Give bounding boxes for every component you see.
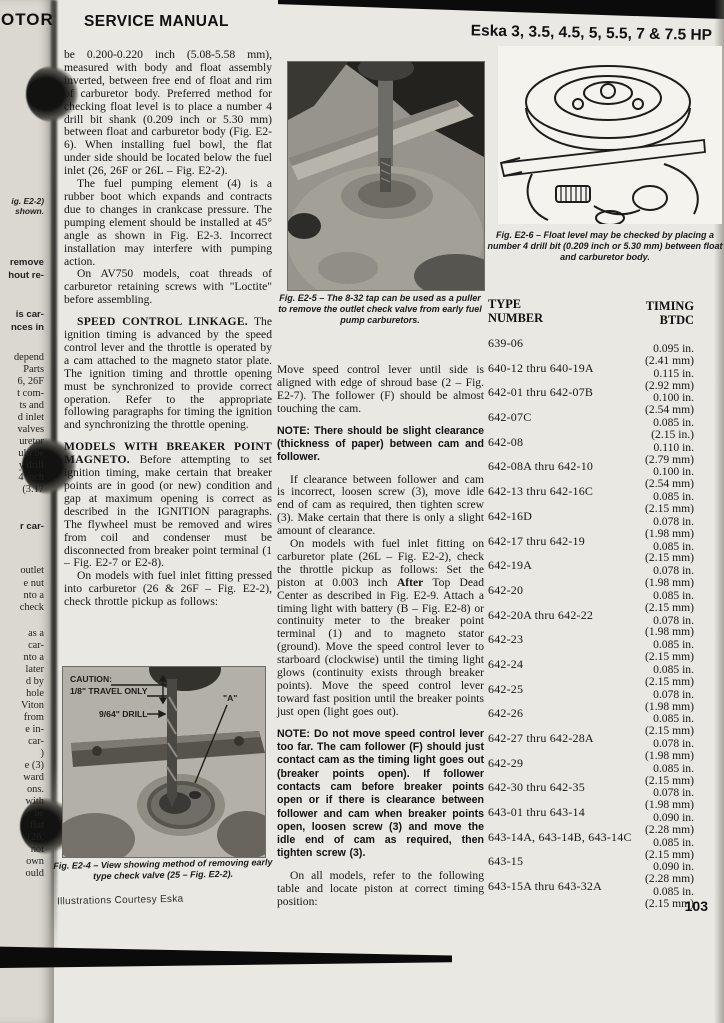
figure-e2-6-caption: Fig. E2-6 – Float level may be checked b… <box>486 230 724 262</box>
margin-text-fragment: ig. E2-2) <box>11 196 44 206</box>
note-paragraph: NOTE: There should be slight clearance (… <box>277 425 484 465</box>
margin-text-fragment: d by <box>26 676 44 687</box>
table-row: 642-17 thru 642-190.085 in.(2.15 mm) <box>488 533 718 558</box>
margin-text-fragment: car- <box>28 640 44 651</box>
body-paragraph: The fuel pumping element (4) is a rubber… <box>64 178 272 268</box>
type-number-cell: 642-13 thru 642-16C <box>488 484 593 499</box>
margin-text-fragment: ould <box>26 868 44 879</box>
body-paragraph: On models with fuel inlet fitting presse… <box>64 570 272 609</box>
table-row: 642-240.085 in.(2.15 mm) <box>488 656 718 681</box>
table-row: 642-290.085 in.(2.15 mm) <box>488 755 718 780</box>
timing-inch-value: 0.115 in. <box>645 368 694 380</box>
margin-text-fragment: ward <box>23 772 44 783</box>
figure-e2-6-drawing <box>498 46 722 224</box>
photo-label-a: "A" <box>223 693 237 703</box>
table-row: 642-19A0.078 in.(1.98 mm) <box>488 557 718 582</box>
illustrations-courtesy-note: Illustrations Courtesy Eska <box>57 894 184 908</box>
photo-label-caution: CAUTION: <box>70 674 112 684</box>
margin-text-fragment: with <box>26 796 44 807</box>
type-number-cell: 639-06 <box>488 336 523 351</box>
margin-text-fragment: shown. <box>15 206 44 216</box>
table-row: 642-01 thru 642-07B0.100 in.(2.54 mm) <box>488 384 718 409</box>
margin-text-fragment: 4 inch <box>18 472 44 483</box>
type-number-cell: 643-01 thru 643-14 <box>488 805 585 820</box>
margin-text-fragment: is car- <box>16 309 44 320</box>
section-heading: SPEED CONTROL LINKAGE. <box>77 315 248 328</box>
column-middle: Move speed control lever until side is a… <box>277 364 484 908</box>
type-number-cell: 642-08A thru 642-10 <box>488 459 593 474</box>
check-valve-removal-photo: CAUTION: 1/8" TRAVEL ONLY 9/64" DRILL "A… <box>63 667 265 857</box>
margin-text-fragment: outlet <box>20 565 44 576</box>
margin-text-fragment: ) <box>41 748 44 759</box>
type-number-cell: 642-20A thru 642-22 <box>488 608 593 623</box>
timing-table-rows: 639-060.095 in.(2.41 mm)640-12 thru 640-… <box>488 335 718 903</box>
table-row: 642-080.110 in.(2.79 mm) <box>488 434 718 459</box>
body-paragraph: Move speed control lever until side is a… <box>277 364 484 416</box>
photo-label-drill: 9/64" DRILL <box>99 709 148 719</box>
table-row: 642-08A thru 642-100.100 in.(2.54 mm) <box>488 458 718 483</box>
margin-text-fragment: nto a <box>24 652 45 663</box>
margin-text-fragment: uld be <box>18 448 44 459</box>
type-number-cell: 643-15A thru 643-32A <box>488 879 602 894</box>
scan-edge-top <box>278 0 724 19</box>
timing-inch-value: 0.085 in. <box>645 837 694 849</box>
table-row: 642-260.085 in.(2.15 mm) <box>488 705 718 730</box>
table-row: 643-150.090 in.(2.28 mm) <box>488 853 718 878</box>
table-row: 642-13 thru 642-16C0.085 in.(2.15 mm) <box>488 483 718 508</box>
table-row: 642-16D0.078 in.(1.98 mm) <box>488 508 718 533</box>
col-header-type: TYPE <box>488 297 521 311</box>
type-number-cell: 642-19A <box>488 558 532 573</box>
timing-inch-value: 0.110 in. <box>645 442 694 454</box>
margin-text-fragment: remove <box>10 257 44 268</box>
col-header-timing: TIMING <box>646 299 694 313</box>
body-paragraph: On all models, refer to the following ta… <box>277 870 484 909</box>
type-number-cell: 640-12 thru 640-19A <box>488 361 594 376</box>
margin-text-fragment: ons. <box>27 784 44 795</box>
margin-text-fragment: as a <box>28 628 44 639</box>
col-header-btdc: BTDC <box>660 313 694 327</box>
note-paragraph: NOTE: Do not move speed control lever to… <box>277 728 484 861</box>
margin-text-fragment: y drill <box>19 460 44 471</box>
table-row: 643-01 thru 643-140.090 in.(2.28 mm) <box>488 804 718 829</box>
margin-text-fragment: t com- <box>17 388 44 399</box>
body-paragraph: be 0.200-0.220 inch (5.08-5.58 mm), meas… <box>64 49 272 178</box>
table-row: 642-200.085 in.(2.15 mm) <box>488 582 718 607</box>
body-paragraph: MODELS WITH BREAKER POINT MAGNETO. Befor… <box>64 441 272 570</box>
left-margin-fragments: ig. E2-2)shown.removehout re-is car-nces… <box>0 0 48 1023</box>
photo-label-travel: 1/8" TRAVEL ONLY <box>70 686 148 696</box>
margin-text-fragment: not <box>31 844 44 855</box>
margin-text-fragment: nto a <box>24 590 45 601</box>
type-number-cell: 642-29 <box>488 756 523 771</box>
margin-text-fragment: d inlet <box>18 412 44 423</box>
timing-inch-value: 0.085 in. <box>645 590 694 602</box>
scan-edge-bottom <box>0 942 452 968</box>
margin-text-fragment: be <box>34 808 44 819</box>
margin-text-fragment: from <box>24 712 44 723</box>
type-number-cell: 642-30 thru 642-35 <box>488 780 585 795</box>
type-number-cell: 642-24 <box>488 657 523 672</box>
type-number-cell: 642-25 <box>488 682 523 697</box>
type-number-cell: 642-23 <box>488 632 523 647</box>
table-row: 642-07C0.085 in.(2.15 in.) <box>488 409 718 434</box>
margin-text-fragment: e in- <box>25 724 44 735</box>
manual-title: SERVICE MANUAL <box>84 13 229 31</box>
margin-text-fragment: check <box>20 602 44 613</box>
margin-text-fragment: own <box>26 856 44 867</box>
type-number-cell: 643-15 <box>488 854 523 869</box>
body-paragraph: If clearance between follower and cam is… <box>277 474 484 539</box>
type-number-cell: 642-08 <box>488 435 523 450</box>
table-row: 642-20A thru 642-220.078 in.(1.98 mm) <box>488 607 718 632</box>
figure-e2-4-photo: CAUTION: 1/8" TRAVEL ONLY 9/64" DRILL "A… <box>62 666 266 858</box>
margin-text-fragment: depend <box>14 352 44 363</box>
body-paragraph: On AV750 models, coat threads of carbure… <box>64 268 272 307</box>
margin-text-fragment: 6, 26F <box>17 376 44 387</box>
section-heading: MODELS WITH BREAKER POINT MAGNETO. <box>64 440 272 466</box>
type-number-cell: 642-01 thru 642-07B <box>488 385 593 400</box>
margin-text-fragment: hout re- <box>8 270 44 281</box>
margin-text-fragment: flat <box>30 820 44 831</box>
margin-text-fragment: e nut <box>24 578 45 589</box>
type-number-cell: 642-26 <box>488 706 523 721</box>
type-number-cell: 642-20 <box>488 583 523 598</box>
type-number-cell: 642-27 thru 642-28A <box>488 731 594 746</box>
float-level-drawing <box>498 46 722 224</box>
type-number-cell: 642-07C <box>488 410 531 425</box>
body-paragraph: SPEED CONTROL LINKAGE. The ignition timi… <box>64 316 272 432</box>
timing-table: TYPE NUMBER TIMING BTDC 639-060.095 in.(… <box>488 297 718 903</box>
carburetor-tap-photo <box>288 62 484 290</box>
type-number-cell: 642-17 thru 642-19 <box>488 534 585 549</box>
margin-text-fragment: r car- <box>20 521 44 532</box>
margin-text-fragment: later <box>26 664 44 675</box>
scanned-manual-page: OTOR ig. E2-2)shown.removehout re-is car… <box>0 0 724 1023</box>
table-row: 642-230.085 in.(2.15 mm) <box>488 631 718 656</box>
margin-text-fragment: ts and <box>19 400 44 411</box>
table-row: 639-060.095 in.(2.41 mm) <box>488 335 718 360</box>
model-range-title: Eska 3, 3.5, 4.5, 5, 5.5, 7 & 7.5 HP <box>400 21 712 45</box>
body-paragraph: On models with fuel inlet fitting on car… <box>277 538 484 719</box>
margin-text-fragment: hole <box>26 688 44 699</box>
figure-e2-5-caption: Fig. E2-5 – The 8-32 tap can be used as … <box>274 293 486 325</box>
timing-inch-value: 0.078 in. <box>645 689 694 701</box>
figure-e2-5-photo <box>287 61 485 291</box>
margin-text-fragment: Parts <box>23 364 44 375</box>
margin-text-fragment: car- <box>28 736 44 747</box>
timing-inch-value: 0.085 in. <box>645 763 694 775</box>
margin-text-fragment: nces in <box>11 322 44 333</box>
margin-text-fragment: uretor <box>19 436 44 447</box>
margin-text-fragment: valves <box>17 424 44 435</box>
type-number-cell: 642-16D <box>488 509 532 524</box>
margin-text-fragment: e (3) <box>25 760 44 771</box>
table-row: 640-12 thru 640-19A0.115 in.(2.92 mm) <box>488 360 718 385</box>
page-number: 103 <box>664 898 708 914</box>
column-left: be 0.200-0.220 inch (5.08-5.58 mm), meas… <box>64 49 272 609</box>
margin-text-fragment: (26, <box>28 832 44 843</box>
type-number-cell: 643-14A, 643-14B, 643-14C <box>488 830 632 845</box>
table-row: 643-14A, 643-14B, 643-14C0.085 in.(2.15 … <box>488 829 718 854</box>
margin-text-fragment: Viton <box>21 700 44 711</box>
table-row: 642-30 thru 642-350.078 in.(1.98 mm) <box>488 779 718 804</box>
figure-e2-4-caption: Fig. E2-4 – View showing method of remov… <box>52 857 274 882</box>
timing-inch-value: 0.078 in. <box>645 516 694 528</box>
table-row: 642-27 thru 642-28A0.078 in.(1.98 mm) <box>488 730 718 755</box>
timing-table-header: TYPE NUMBER TIMING BTDC <box>488 297 718 335</box>
table-row: 642-250.078 in.(1.98 mm) <box>488 681 718 706</box>
col-header-number: NUMBER <box>488 311 543 325</box>
margin-text-fragment: (3.17 <box>22 484 44 495</box>
